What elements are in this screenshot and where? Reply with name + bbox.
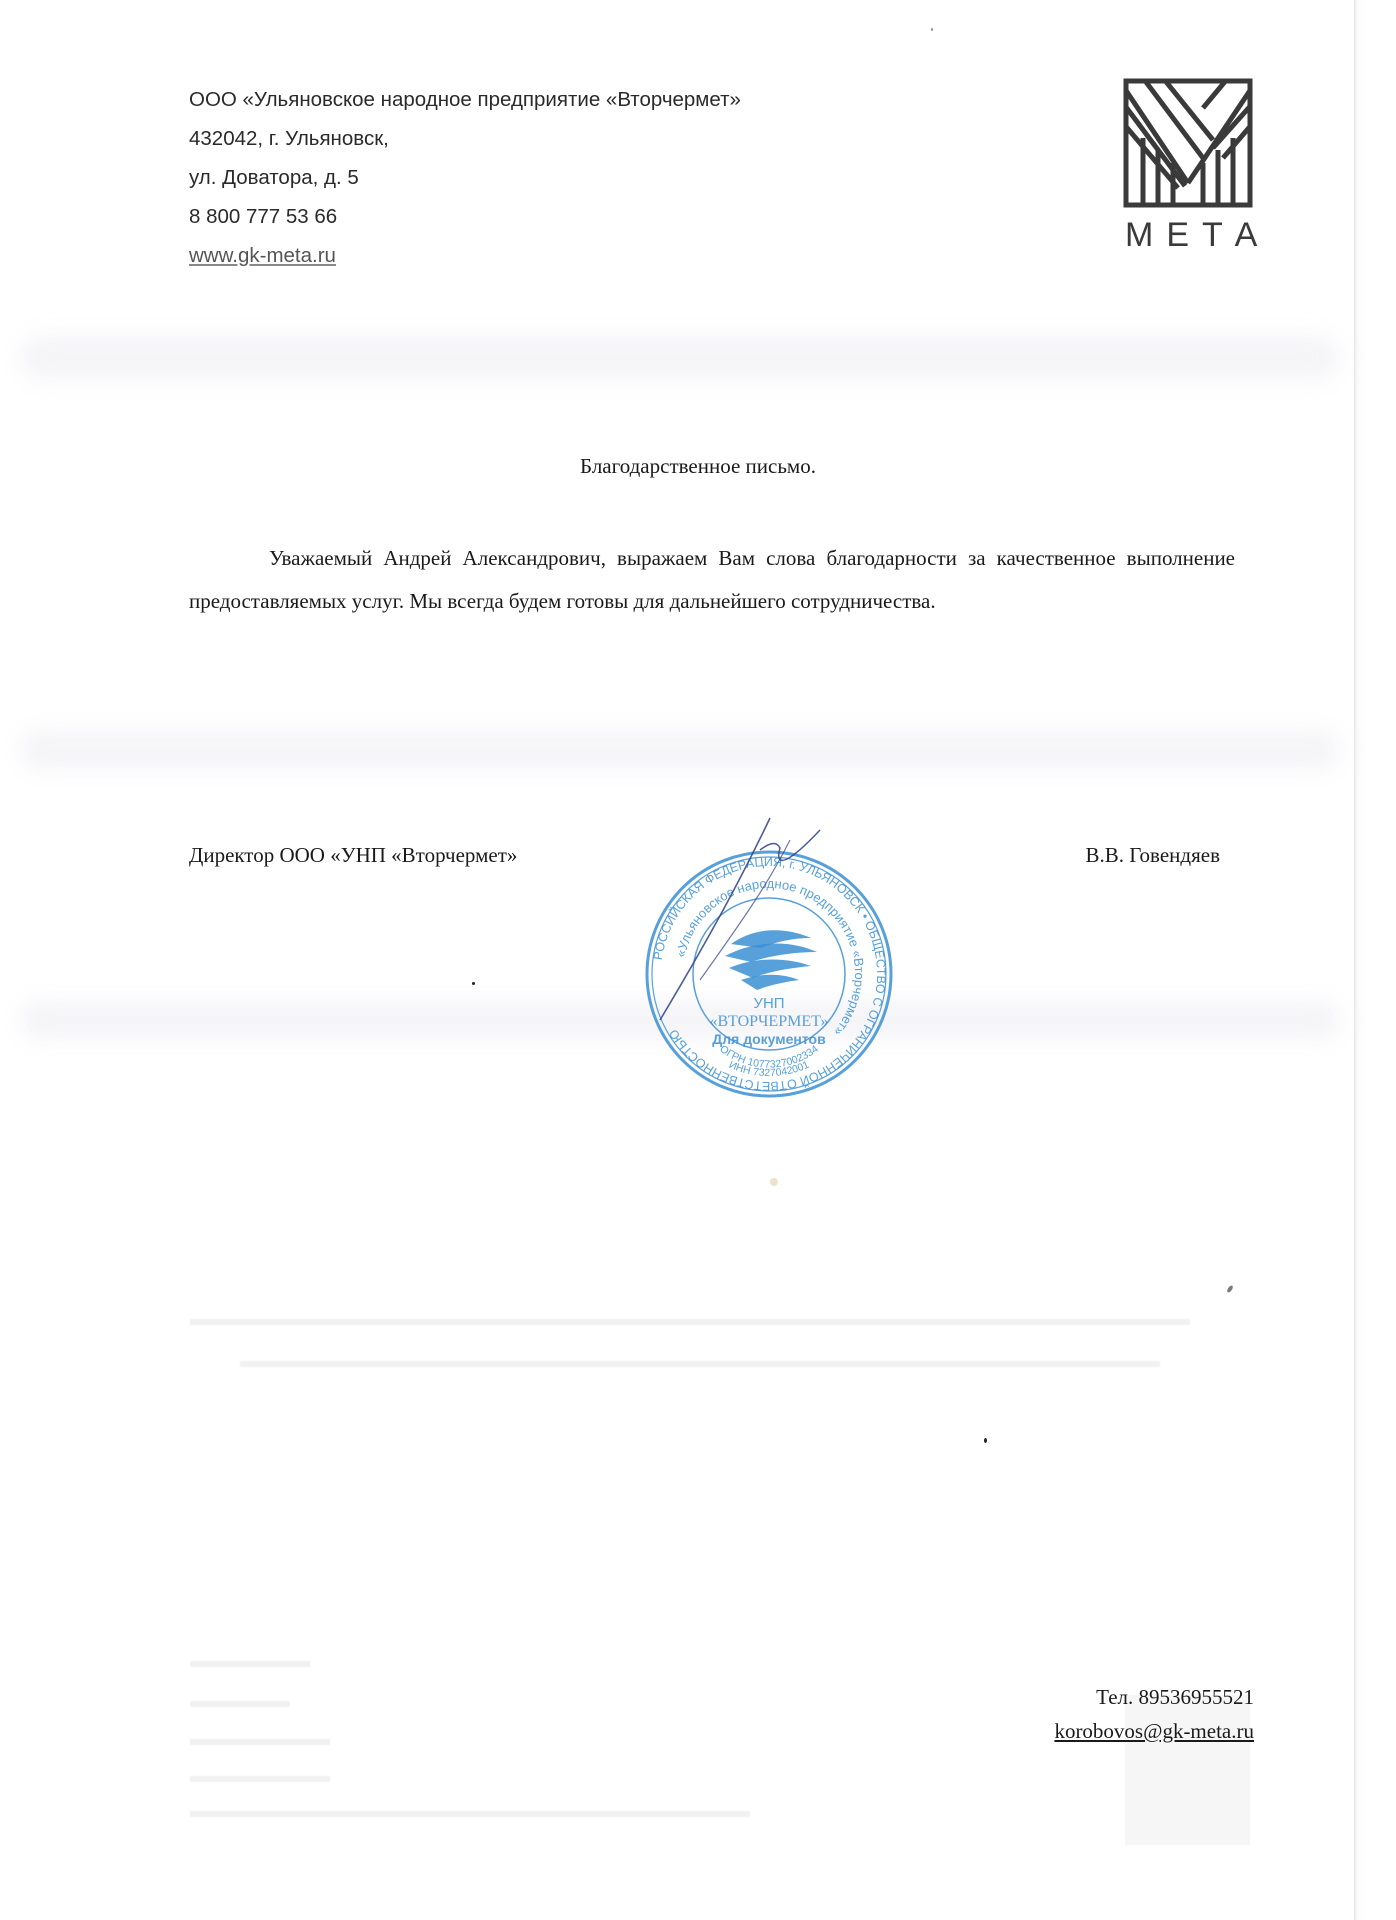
- contact-email-link[interactable]: korobovos@gk-meta.ru: [1054, 1719, 1254, 1743]
- postal-address: 432042, г. Ульяновск,: [189, 119, 741, 158]
- meta-logo: МЕТА: [1123, 78, 1259, 255]
- scan-shade: [20, 335, 1340, 380]
- meta-logo-icon: [1123, 78, 1253, 208]
- scan-speck: [1226, 1285, 1234, 1294]
- company-name: ООО «Ульяновское народное предприятие «В…: [189, 80, 741, 119]
- scan-speck: [472, 982, 475, 985]
- letter-title: Благодарственное письмо.: [0, 454, 1396, 479]
- letter-body-paragraph: Уважаемый Андрей Александрович, выражаем…: [189, 537, 1235, 623]
- signatory-position: Директор ООО «УНП «Вторчермет»: [189, 843, 517, 868]
- street-address: ул. Доватора, д. 5: [189, 158, 741, 197]
- handwritten-signature: [640, 810, 830, 1030]
- stamp-center-line3: Для документов: [712, 1031, 826, 1047]
- bleed-through-text: ▬▬▬▬▬▬▬▬▬▬▬▬▬▬▬▬▬▬▬▬▬▬▬▬▬▬▬▬▬▬▬▬▬▬▬▬▬▬▬▬…: [190, 1308, 1190, 1331]
- contact-phone: Тел. 89536955521: [1054, 1680, 1254, 1714]
- bleed-through-text: ▬▬▬▬▬: [190, 1690, 290, 1713]
- bleed-through-text: ▬▬▬▬▬▬▬▬▬▬▬▬▬▬▬▬▬▬▬▬▬▬▬▬▬▬▬▬: [190, 1800, 750, 1823]
- logo-text: МЕТА: [1123, 216, 1259, 255]
- contact-block: Тел. 89536955521 korobovos@gk-meta.ru: [1054, 1680, 1254, 1748]
- scan-shade: [20, 730, 1340, 770]
- website-link[interactable]: www.gk-meta.ru: [189, 244, 336, 267]
- scan-speck: [770, 1178, 778, 1186]
- scan-speck: [984, 1438, 987, 1443]
- letter-body: Уважаемый Андрей Александрович, выражаем…: [189, 537, 1235, 623]
- bleed-through-text: ▬▬▬▬▬▬▬: [190, 1728, 330, 1751]
- bleed-through-text: ▬▬▬▬▬▬: [190, 1650, 310, 1673]
- scan-speck: [931, 28, 933, 31]
- bleed-through-text: ▬▬▬▬▬▬▬: [190, 1765, 330, 1788]
- company-phone: 8 800 777 53 66: [189, 197, 741, 236]
- bleed-through-text: ▬▬▬▬▬▬▬▬▬▬▬▬▬▬▬▬▬▬▬▬▬▬▬▬▬▬▬▬▬▬▬▬▬▬▬▬▬▬▬▬…: [240, 1350, 1160, 1373]
- page-edge: [1354, 0, 1396, 1920]
- signatory-name: В.В. Говендяев: [1086, 843, 1221, 868]
- letterhead: ООО «Ульяновское народное предприятие «В…: [189, 80, 741, 275]
